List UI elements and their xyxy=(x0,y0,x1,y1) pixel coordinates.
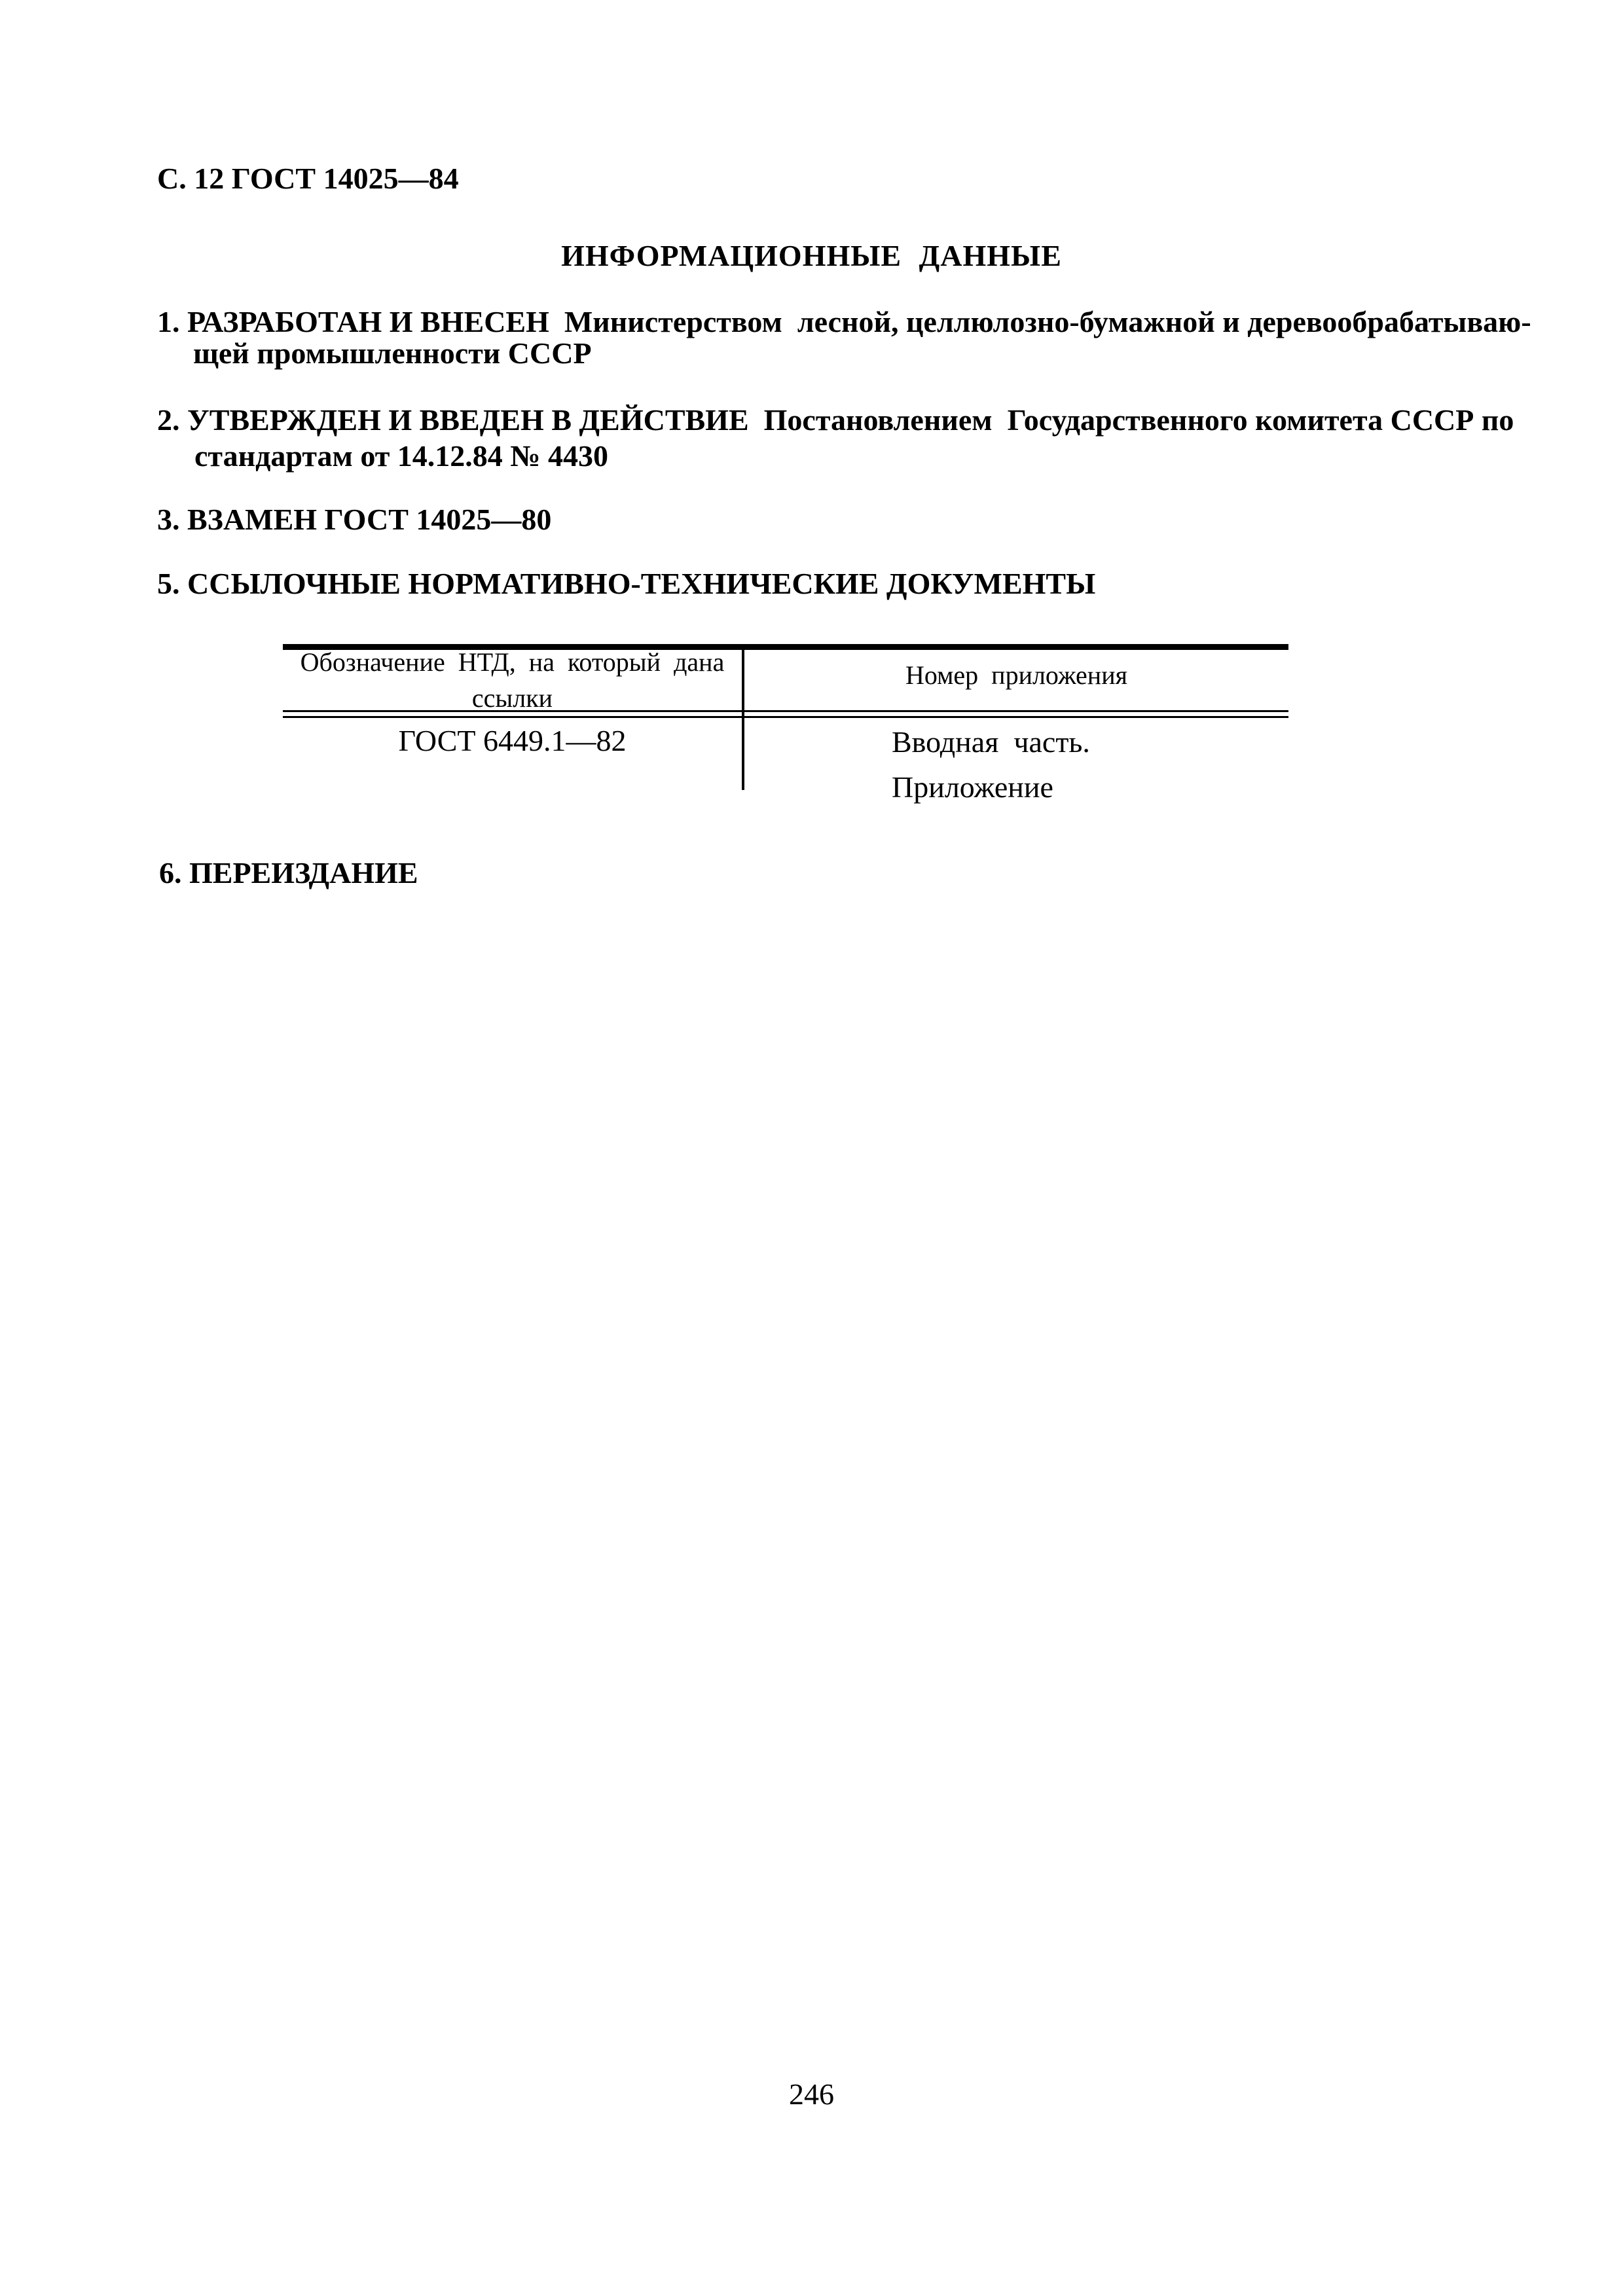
table-col1-header-line2: ссылки xyxy=(283,685,742,711)
item-2-line-1: 2. УТВЕРЖДЕН И ВВЕДЕН В ДЕЙСТВИЕ Постано… xyxy=(157,405,1514,435)
page-header: С. 12 ГОСТ 14025—84 xyxy=(157,164,459,194)
page-title: ИНФОРМАЦИОННЫЕ ДАННЫЕ xyxy=(0,241,1623,271)
table-cell-appendix-line2: Приложение xyxy=(892,772,1053,802)
numbered-item-6: 6. ПЕРЕИЗДАНИЕ xyxy=(159,858,418,888)
numbered-item-3: 3. ВЗАМЕН ГОСТ 14025—80 xyxy=(157,505,551,535)
table-col2-header: Номер приложения xyxy=(744,662,1288,689)
document-page: С. 12 ГОСТ 14025—84 ИНФОРМАЦИОННЫЕ ДАННЫ… xyxy=(0,0,1623,2296)
page-number: 246 xyxy=(0,2079,1623,2109)
item-2-line-2: стандартам от 14.12.84 № 4430 xyxy=(194,441,608,471)
table-col1-header-line1: Обозначение НТД, на который дана xyxy=(283,649,742,675)
table-header-separator-lower xyxy=(283,716,1288,718)
table-cell-appendix-line1: Вводная часть. xyxy=(892,727,1090,757)
table-cell-ref-designation: ГОСТ 6449.1—82 xyxy=(283,726,742,756)
numbered-item-5: 5. ССЫЛОЧНЫЕ НОРМАТИВНО-ТЕХНИЧЕСКИЕ ДОКУ… xyxy=(157,569,1095,599)
item-1-line-1: 1. РАЗРАБОТАН И ВНЕСЕН Министерством лес… xyxy=(157,307,1531,337)
item-1-line-2: щей промышленности СССР xyxy=(193,338,592,368)
